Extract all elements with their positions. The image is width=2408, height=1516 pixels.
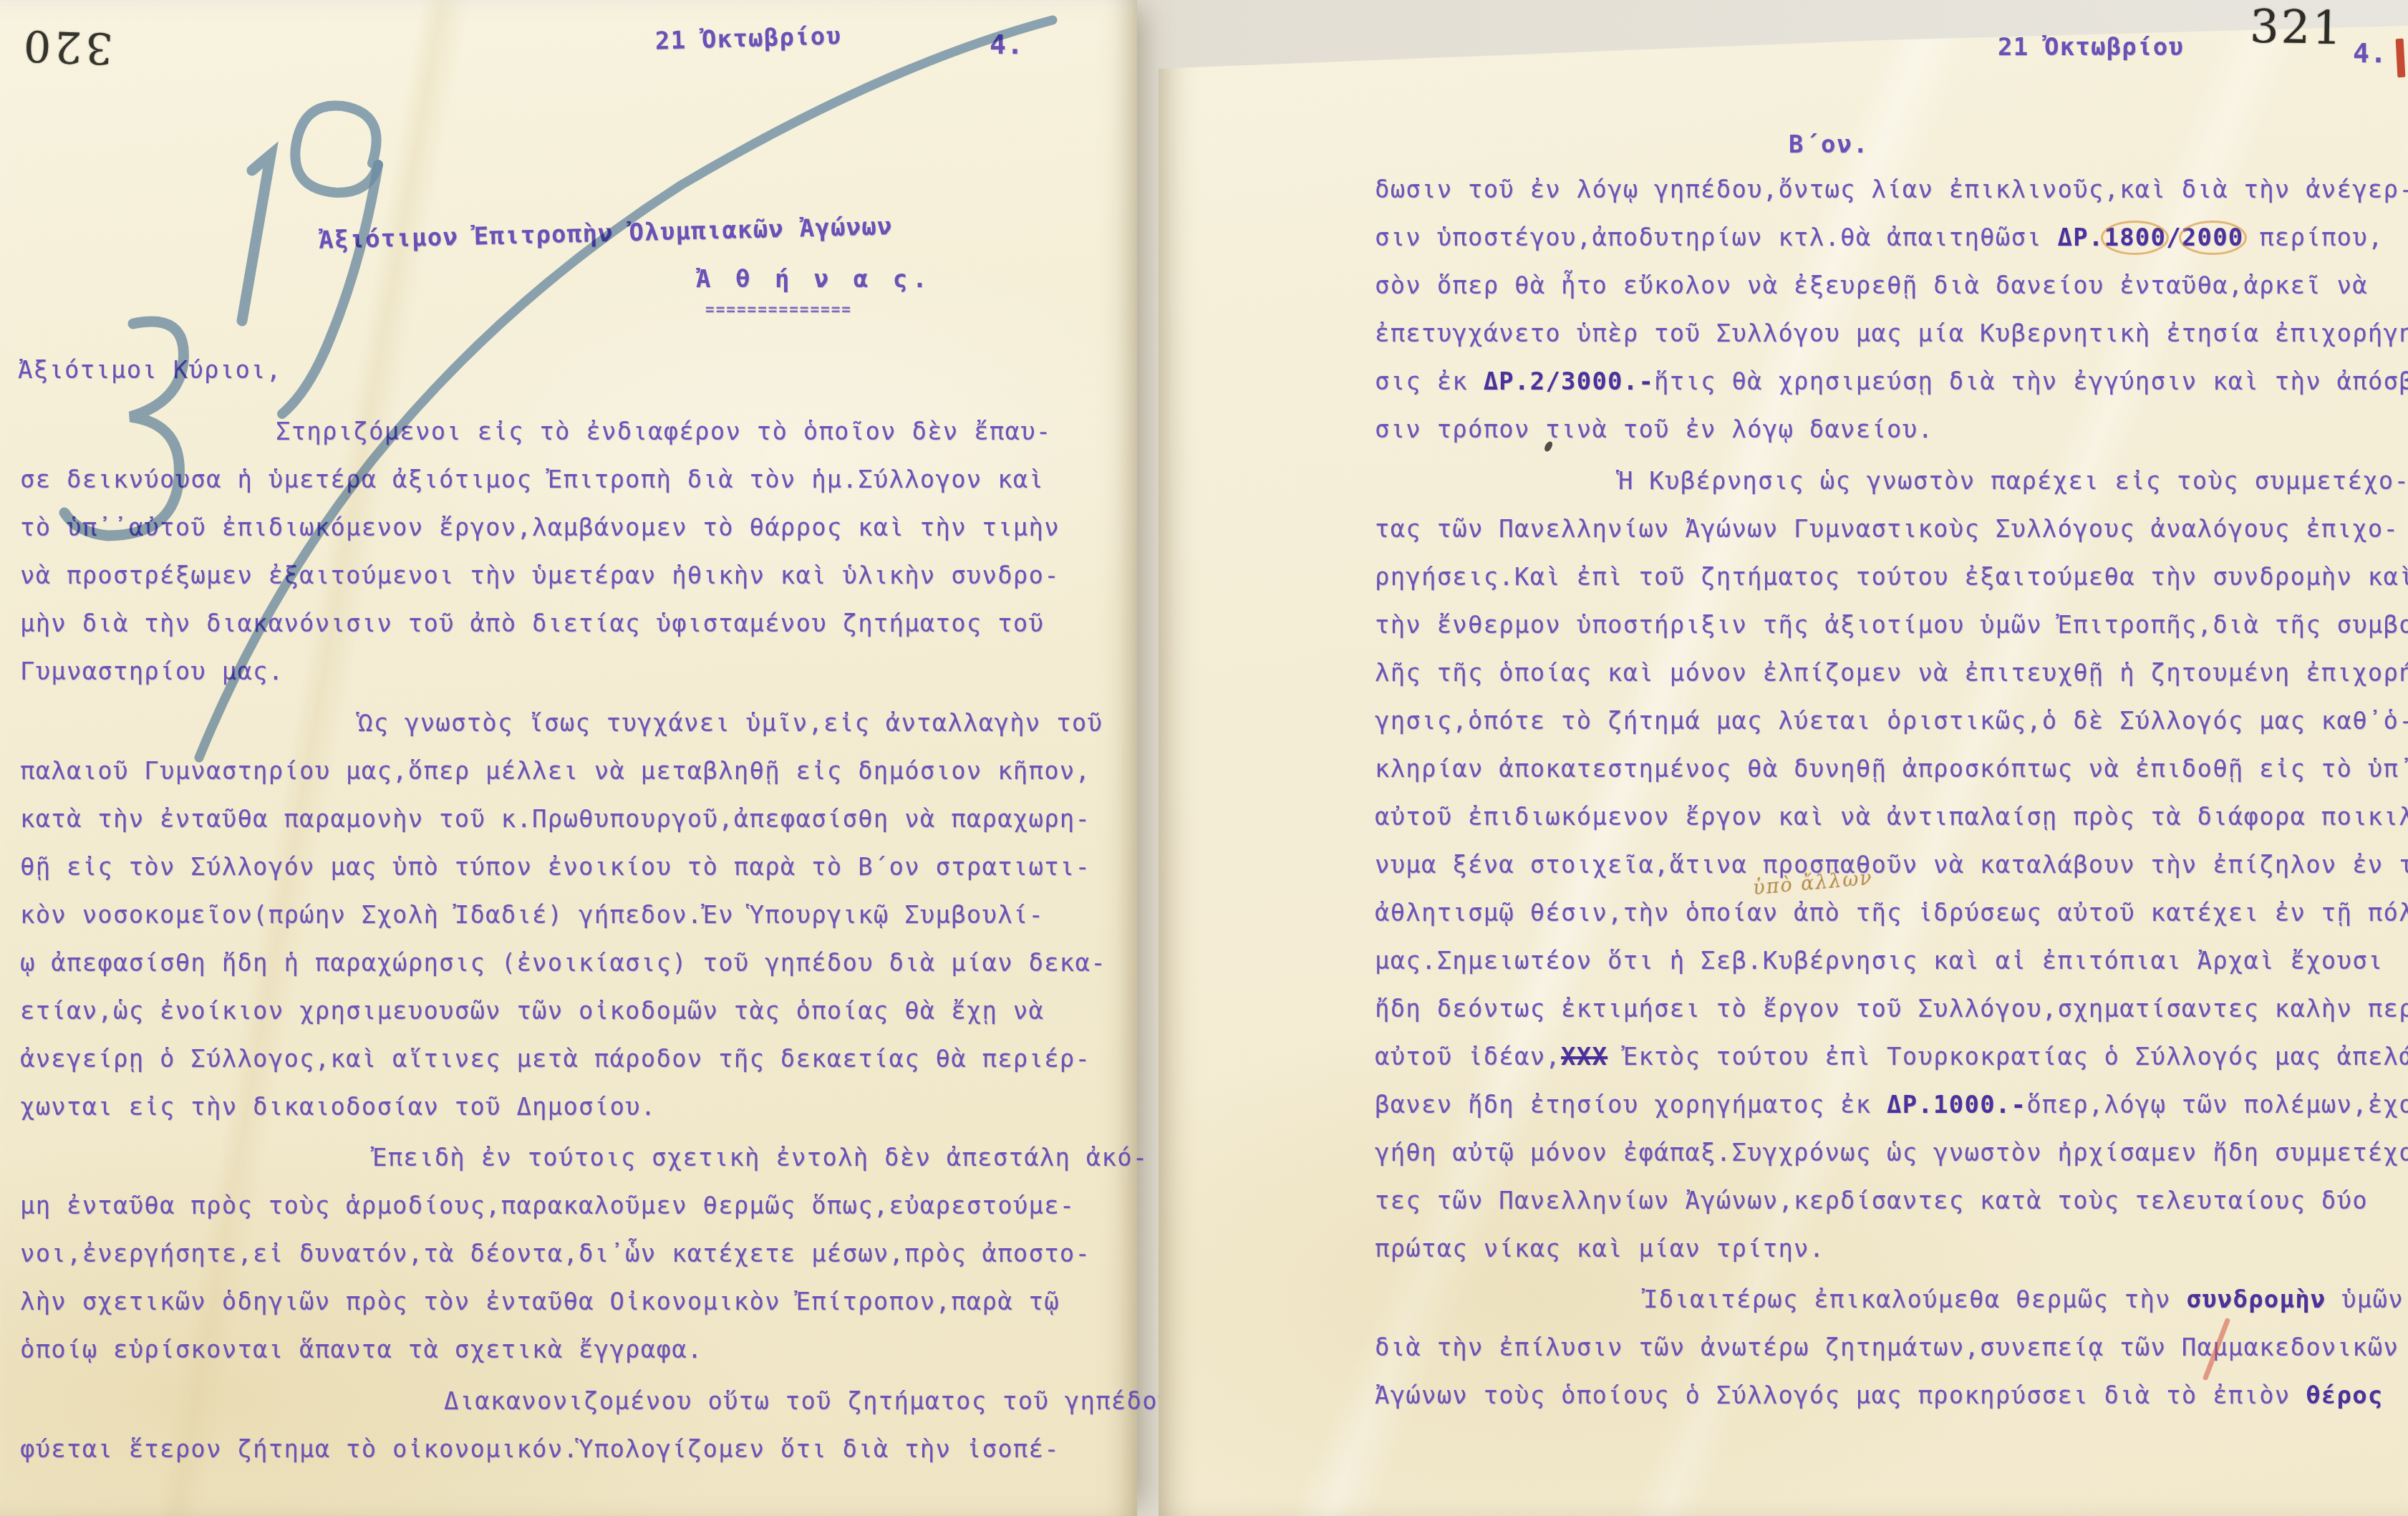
right-page: δωσιν τοῦ ἐν λόγῳ γηπέδου,ὄντως λίαν ἐπι… <box>1159 0 2408 1516</box>
typed-text: μη ἐνταῦθα πρὸς τοὺς ἁρμοδίους,παρακαλοῦ… <box>20 1192 1075 1220</box>
typed-text: τὴν ἔνθερμον ὑποστήριξιν τῆς ἀξιοτίμου ὑ… <box>1375 611 2408 639</box>
typed-text: λὴν σχετικῶν ὁδηγιῶν πρὸς τὸν ἐνταῦθα Οἰ… <box>20 1288 1060 1316</box>
typed-emphasis: 2000 <box>2182 223 2244 252</box>
typed-line: σε δεικνύουσα ἡ ὑμετέρα ἀξιότιμος Ἐπιτρο… <box>20 465 1044 494</box>
typed-line: Ἡ Κυβέρνησις ὡς γνωστὸν παρέχει εἰς τοὺς… <box>1618 467 2408 496</box>
typed-line: νὰ προστρέξωμεν ἐξαιτούμενοι τὴν ὑμετέρα… <box>20 561 1060 590</box>
typed-line: ρηγήσεις.Καὶ ἐπὶ τοῦ ζητήματος τούτου ἐξ… <box>1375 563 2408 592</box>
date-line: 21 Ὀκτωβρίου <box>654 21 841 55</box>
salutation: Ἀξιότιμοι Κύριοι, <box>18 356 281 385</box>
typed-text: γησις,ὁπότε τὸ ζήτημά μας λύεται ὁριστικ… <box>1375 707 2408 735</box>
typed-text: δωσιν τοῦ ἐν λόγῳ γηπέδου,ὄντως λίαν ἐπι… <box>1375 175 2408 204</box>
typed-text: ὁποίῳ εὑρίσκονται ἅπαντα τὰ σχετικὰ ἔγγρ… <box>20 1336 702 1364</box>
typed-text: νοι,ἐνεργήσητε,εἰ δυνατόν,τὰ δέοντα,δι᾽ὧ… <box>20 1240 1091 1268</box>
date-suffix: 4. <box>990 29 1024 60</box>
typed-text: σιν τρόπον τινὰ τοῦ ἐν λόγῳ δανείου. <box>1375 415 1933 444</box>
typed-line: τὸ ὑπ᾽᾽αὐτοῦ ἐπιδιωκόμενον ἔργον,λαμβάνο… <box>20 513 1060 542</box>
typed-text: μὴν διὰ τὴν διακανόνισιν τοῦ ἀπὸ διετίας… <box>20 609 1044 638</box>
typed-text: βανεν ἤδη ἐτησίου χορηγήματος ἐκ <box>1375 1091 1887 1119</box>
address-line-committee: Ἀξιότιμον Ἐπιτροπὴν Ὀλυμπιακῶν Ἀγώνων <box>319 212 894 255</box>
typed-line: αὐτοῦ ἐπιδιωκόμενον ἔργον καὶ νὰ ἀντιπαλ… <box>1375 803 2408 831</box>
folio-number-321: 321 <box>2249 1 2344 55</box>
typed-text: Ἐπειδὴ ἐν τούτοις σχετικὴ ἐντολὴ δὲν ἀπε… <box>372 1144 1149 1172</box>
typed-text: Στηριζόμενοι εἰς τὸ ἐνδιαφέρον τὸ ὁποῖον… <box>276 417 1052 446</box>
typed-text: θῇ εἰς τὸν Σύλλογόν μας ὑπὸ τύπον ἐνοικί… <box>20 853 1091 882</box>
typed-line: σὸν ὅπερ θὰ ἦτο εὔκολον νὰ ἐξευρεθῇ διὰ … <box>1375 271 2368 300</box>
typed-line: κληρίαν ἀποκατεστημένος θὰ δυνηθῇ ἀπροσκ… <box>1375 755 2408 783</box>
typed-line: κὸν νοσοκομεῖον(πρώην Σχολὴ Ἰδαδιέ) γήπε… <box>20 901 1044 930</box>
typed-line: σις ἐκ ΔΡ.2/3000.-ἥτις θὰ χρησιμεύσῃ διὰ… <box>1375 367 2408 396</box>
document-scan: 320 21 Ὀκτωβρίου 4. Ἀξιότιμον Ἐπιτροπὴν … <box>0 0 2408 1516</box>
typed-line: κατὰ τὴν ἐνταῦθα παραμονὴν τοῦ κ.Πρωθυπο… <box>20 805 1091 834</box>
typed-text: Ὡς γνωστὸς ἴσως τυγχάνει ὑμῖν,εἰς ἀνταλλ… <box>358 709 1103 738</box>
typed-text: αὐτοῦ ἰδέαν, <box>1375 1043 1561 1071</box>
typed-line: νυμα ξένα στοιχεῖα,ἅτινα προσπαθοῦν νὰ κ… <box>1375 851 2408 879</box>
typed-text: ἀθλητισμῷ θέσιν,τὴν ὁποίαν ἀπὸ τῆς ἱδρύσ… <box>1375 899 2408 927</box>
typed-text: πρώτας νίκας καὶ μίαν τρίτην. <box>1375 1235 1824 1263</box>
typed-text: περίπου, <box>2244 223 2384 252</box>
typed-line: Ἐπειδὴ ἐν τούτοις σχετικὴ ἐντολὴ δὲν ἀπε… <box>372 1144 1149 1172</box>
typed-emphasis: 1800 <box>2104 223 2166 252</box>
typed-text: Γυμναστηρίου μας. <box>20 657 284 686</box>
typed-text: ὅπερ,λόγῳ τῶν πολέμων,ἐχορη- <box>2026 1091 2408 1119</box>
typed-line: Ὡς γνωστὸς ἴσως τυγχάνει ὑμῖν,εἰς ἀνταλλ… <box>358 709 1103 738</box>
typed-line: ἀθλητισμῷ θέσιν,τὴν ὁποίαν ἀπὸ τῆς ἱδρύσ… <box>1375 899 2408 927</box>
typed-text: νυμα ξένα στοιχεῖα,ἅτινα προσπαθοῦν νὰ κ… <box>1375 851 2408 879</box>
date-line: 21 Ὀκτωβρίου <box>1998 33 2184 62</box>
typed-text: παλαιοῦ Γυμναστηρίου μας,ὅπερ μέλλει νὰ … <box>20 757 1091 786</box>
typed-text: Ἀγώνων τοὺς ὁποίους ὁ Σύλλογός μας προκη… <box>1375 1381 2306 1410</box>
typed-text: λῆς τῆς ὁποίας καὶ μόνον ἐλπίζομεν νὰ ἐπ… <box>1375 659 2408 687</box>
typed-line: λὴν σχετικῶν ὁδηγιῶν πρὸς τὸν ἐνταῦθα Οἰ… <box>20 1288 1060 1316</box>
typed-line: παλαιοῦ Γυμναστηρίου μας,ὅπερ μέλλει νὰ … <box>20 757 1091 786</box>
typed-text: ῳ ἀπεφασίσθη ἤδη ἡ παραχώρησις (ἐνοικίασ… <box>20 949 1106 977</box>
typed-line: δωσιν τοῦ ἐν λόγῳ γηπέδου,ὄντως λίαν ἐπι… <box>1375 175 2408 204</box>
typed-line: τὴν ἔνθερμον ὑποστήριξιν τῆς ἀξιοτίμου ὑ… <box>1375 611 2408 639</box>
typed-text: κὸν νοσοκομεῖον(πρώην Σχολὴ Ἰδαδιέ) γήπε… <box>20 901 1044 930</box>
typed-line: Διακανονιζομένου οὕτω τοῦ ζητήματος τοῦ … <box>444 1387 1251 1416</box>
typed-line: σιν τρόπον τινὰ τοῦ ἐν λόγῳ δανείου. <box>1375 415 1933 444</box>
typed-line: ῳ ἀπεφασίσθη ἤδη ἡ παραχώρησις (ἐνοικίασ… <box>20 949 1106 977</box>
typed-text: τὸ ὑπ᾽᾽αὐτοῦ ἐπιδιωκόμενον ἔργον,λαμβάνο… <box>20 513 1060 542</box>
typed-line: ετίαν,ὡς ἐνοίκιον χρησιμευουσῶν τῶν οἰκο… <box>20 997 1044 1025</box>
typed-line: ὁποίῳ εὑρίσκονται ἅπαντα τὰ σχετικὰ ἔγγρ… <box>20 1336 702 1364</box>
typed-line: ἐπετυγχάνετο ὑπὲρ τοῦ Συλλόγου μας μία Κ… <box>1375 319 2408 348</box>
typed-text: ἥτις θὰ χρησιμεύσῃ διὰ τὴν ἐγγύησιν καὶ … <box>1654 367 2408 396</box>
typed-line: τες τῶν Πανελληνίων Ἀγώνων,κερδίσαντες κ… <box>1375 1187 2368 1215</box>
date-suffix: 4. <box>2353 37 2387 69</box>
typed-emphasis: ΔΡ. <box>2057 223 2104 252</box>
typed-text: ρηγήσεις.Καὶ ἐπὶ τοῦ ζητήματος τούτου ἐξ… <box>1375 563 2408 592</box>
typed-line: πρώτας νίκας καὶ μίαν τρίτην. <box>1375 1235 1824 1263</box>
typed-text: διὰ τὴν ἐπίλυσιν τῶν ἀνωτέρω ζητημάτων,σ… <box>1375 1333 2399 1362</box>
typed-line: Στηριζόμενοι εἰς τὸ ἐνδιαφέρον τὸ ὁποῖον… <box>276 417 1052 446</box>
section-title: Β΄ον. <box>1789 130 1869 159</box>
typed-line: ἀνεγείρῃ ὁ Σύλλογος,καὶ αἵτινες μετὰ πάρ… <box>20 1045 1091 1073</box>
typed-line: φύεται ἕτερον ζήτημα τὸ οἰκονομικόν.Ὑπολ… <box>20 1435 1060 1464</box>
typed-line: βανεν ἤδη ἐτησίου χορηγήματος ἐκ ΔΡ.1000… <box>1375 1091 2408 1119</box>
typed-line: σιν ὑποστέγου,ἀποδυτηρίων κτλ.θὰ ἀπαιτηθ… <box>1375 223 2384 252</box>
typed-text: σὸν ὅπερ θὰ ἦτο εὔκολον νὰ ἐξευρεθῇ διὰ … <box>1375 271 2368 300</box>
typed-text: Ἰδιαιτέρως ἐπικαλούμεθα θερμῶς τὴν <box>1643 1285 2186 1314</box>
typed-emphasis: ΔΡ.1000.- <box>1887 1091 2026 1119</box>
typed-line: Ἀγώνων τοὺς ὁποίους ὁ Σύλλογός μας προκη… <box>1375 1381 2384 1410</box>
typed-emphasis: ΧΧΧ <box>1561 1043 1607 1071</box>
typed-line: γησις,ὁπότε τὸ ζήτημά μας λύεται ὁριστικ… <box>1375 707 2408 735</box>
typed-text: νὰ προστρέξωμεν ἐξαιτούμενοι τὴν ὑμετέρα… <box>20 561 1060 590</box>
typed-line: λῆς τῆς ὁποίας καὶ μόνον ἐλπίζομεν νὰ ἐπ… <box>1375 659 2408 687</box>
typed-text: ἐπετυγχάνετο ὑπὲρ τοῦ Συλλόγου μας μία Κ… <box>1375 319 2408 348</box>
address-line-athens: Ἀ θ ή ν α ς. <box>696 265 932 294</box>
typed-line: Ἰδιαιτέρως ἐπικαλούμεθα θερμῶς τὴν συνδρ… <box>1643 1285 2404 1314</box>
typed-text: Ἡ Κυβέρνησις ὡς γνωστὸν παρέχει εἰς τοὺς… <box>1618 467 2408 496</box>
typed-line: μὴν διὰ τὴν διακανόνισιν τοῦ ἀπὸ διετίας… <box>20 609 1044 638</box>
typed-text: Ἐκτὸς τούτου ἐπὶ Τουρκοκρατίας ὁ Σύλλογό… <box>1607 1043 2408 1071</box>
typed-text: φύεται ἕτερον ζήτημα τὸ οἰκονομικόν.Ὑπολ… <box>20 1435 1060 1464</box>
typed-line: γήθη αὐτῷ μόνον ἐφάπαξ.Συγχρόνως ὡς γνωσ… <box>1375 1139 2408 1167</box>
typed-line: μη ἐνταῦθα πρὸς τοὺς ἁρμοδίους,παρακαλοῦ… <box>20 1192 1075 1220</box>
typed-text: αὐτοῦ ἐπιδιωκόμενον ἔργον καὶ νὰ ἀντιπαλ… <box>1375 803 2408 831</box>
typed-line: μας.Σημειωτέον ὅτι ἡ Σεβ.Κυβέρνησις καὶ … <box>1375 947 2384 975</box>
left-page: 320 21 Ὀκτωβρίου 4. Ἀξιότιμον Ἐπιτροπὴν … <box>0 0 1137 1516</box>
typed-line: θῇ εἰς τὸν Σύλλογόν μας ὑπὸ τύπον ἐνοικί… <box>20 853 1091 882</box>
typed-text: ἤδη δεόντως ἐκτιμήσει τὸ ἔργον τοῦ Συλλό… <box>1375 995 2408 1023</box>
typed-text: ετίαν,ὡς ἐνοίκιον χρησιμευουσῶν τῶν οἰκο… <box>20 997 1044 1025</box>
typed-text: ὑμῶν <box>2326 1285 2403 1314</box>
typed-line: αὐτοῦ ἰδέαν,ΧΧΧ Ἐκτὸς τούτου ἐπὶ Τουρκοκ… <box>1375 1043 2408 1071</box>
typed-text: μας.Σημειωτέον ὅτι ἡ Σεβ.Κυβέρνησις καὶ … <box>1375 947 2384 975</box>
typed-text: ἀνεγείρῃ ὁ Σύλλογος,καὶ αἵτινες μετὰ πάρ… <box>20 1045 1091 1073</box>
typed-text: κληρίαν ἀποκατεστημένος θὰ δυνηθῇ ἀπροσκ… <box>1375 755 2408 783</box>
typed-emphasis: / <box>2166 223 2182 252</box>
typed-text: σε δεικνύουσα ἡ ὑμετέρα ἀξιότιμος Ἐπιτρο… <box>20 465 1044 494</box>
folio-stamp-320: 320 <box>19 20 114 73</box>
typed-line: διὰ τὴν ἐπίλυσιν τῶν ἀνωτέρω ζητημάτων,σ… <box>1375 1333 2399 1362</box>
typed-line: τας τῶν Πανελληνίων Ἀγώνων Γυμναστικοὺς … <box>1375 515 2399 544</box>
typed-emphasis: συνδρομὴν <box>2186 1285 2326 1314</box>
typed-text: τες τῶν Πανελληνίων Ἀγώνων,κερδίσαντες κ… <box>1375 1187 2368 1215</box>
typed-text: σις ἐκ <box>1375 367 1484 396</box>
typed-text: Διακανονιζομένου οὕτω τοῦ ζητήματος τοῦ … <box>444 1387 1251 1416</box>
typed-text: γήθη αὐτῷ μόνον ἐφάπαξ.Συγχρόνως ὡς γνωσ… <box>1375 1139 2408 1167</box>
typed-text: χωνται εἰς τὴν δικαιοδοσίαν τοῦ Δημοσίου… <box>20 1093 656 1121</box>
typed-line: ἤδη δεόντως ἐκτιμήσει τὸ ἔργον τοῦ Συλλό… <box>1375 995 2408 1023</box>
typed-emphasis: θέρος <box>2306 1381 2383 1410</box>
typed-line: Γυμναστηρίου μας. <box>20 657 284 686</box>
address-underline: ============== <box>705 301 852 318</box>
typed-text: τας τῶν Πανελληνίων Ἀγώνων Γυμναστικοὺς … <box>1375 515 2399 544</box>
typed-line: νοι,ἐνεργήσητε,εἰ δυνατόν,τὰ δέοντα,δι᾽ὧ… <box>20 1240 1091 1268</box>
typed-text: κατὰ τὴν ἐνταῦθα παραμονὴν τοῦ κ.Πρωθυπο… <box>20 805 1091 834</box>
blue-pencil-319-and-stroke <box>0 0 1137 824</box>
typed-text: σιν ὑποστέγου,ἀποδυτηρίων κτλ.θὰ ἀπαιτηθ… <box>1375 223 2057 252</box>
typed-line: χωνται εἰς τὴν δικαιοδοσίαν τοῦ Δημοσίου… <box>20 1093 656 1121</box>
typed-emphasis: ΔΡ.2/3000.- <box>1484 367 1654 396</box>
